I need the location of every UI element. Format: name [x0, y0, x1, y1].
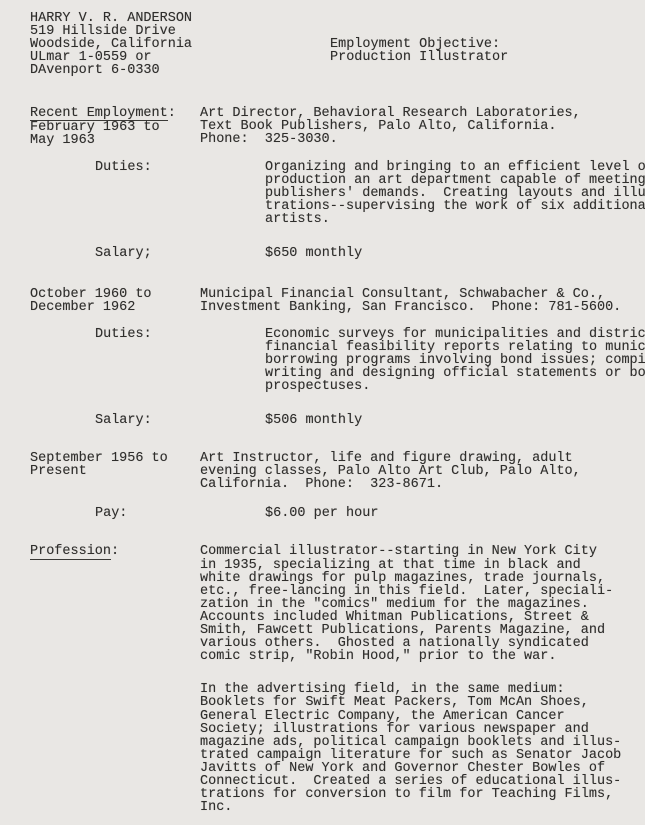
duties-text: Organizing and bringing to an efficient … — [265, 161, 645, 226]
job-description: Art Instructor, life and figure drawing,… — [200, 452, 581, 491]
date-range: October 1960 to December 1962 — [30, 288, 200, 314]
pay-label: Pay: — [30, 507, 265, 520]
salary-row: Salary: $506 monthly — [30, 414, 645, 427]
salary-label: Salary; — [30, 247, 265, 260]
salary-value: $650 monthly — [265, 247, 362, 260]
duties-text: Economic surveys for municipalities and … — [265, 328, 645, 393]
job-description: Art Director, Behavioral Research Labora… — [200, 107, 581, 147]
recent-employment-left: Recent Employment: February 1963 to May … — [30, 107, 200, 147]
resume-document: HARRY V. R. ANDERSON 519 Hillside Drive … — [0, 0, 645, 825]
profession-section: Profession: Commercial illustrator--star… — [30, 545, 645, 814]
date-range: February 1963 to May 1963 — [30, 121, 200, 147]
profession-paragraph-1: Commercial illustrator--starting in New … — [200, 545, 621, 663]
employment-entry: September 1956 to Present Art Instructor… — [30, 452, 645, 491]
pay-value: $6.00 per hour — [265, 507, 378, 520]
duties-row: Duties: Organizing and bringing to an ef… — [30, 161, 645, 226]
employment-objective: Employment Objective: Production Illustr… — [330, 38, 508, 64]
pay-row: Pay: $6.00 per hour — [30, 507, 645, 520]
salary-label: Salary: — [30, 414, 265, 427]
section-title: Profession: — [30, 545, 200, 559]
duties-label: Duties: — [30, 161, 265, 226]
section-title: Recent Employment: — [30, 107, 200, 121]
phone-line-2: DAvenport 6-0330 — [30, 64, 645, 77]
salary-value: $506 monthly — [265, 414, 362, 427]
job-description: Municipal Financial Consultant, Schwabac… — [200, 288, 621, 314]
date-range: September 1956 to Present — [30, 452, 200, 491]
resume-header: HARRY V. R. ANDERSON 519 Hillside Drive … — [30, 12, 645, 78]
employment-objective-value: Production Illustrator — [330, 51, 508, 64]
profession-paragraph-2: In the advertising field, in the same me… — [200, 683, 621, 814]
recent-employment-section: Recent Employment: February 1963 to May … — [30, 107, 645, 147]
profession-body: Commercial illustrator--starting in New … — [200, 545, 621, 814]
profession-left: Profession: — [30, 545, 200, 814]
duties-label: Duties: — [30, 328, 265, 393]
duties-row: Duties: Economic surveys for municipalit… — [30, 328, 645, 393]
employment-entry: October 1960 to December 1962 Municipal … — [30, 288, 645, 314]
salary-row: Salary; $650 monthly — [30, 247, 645, 260]
